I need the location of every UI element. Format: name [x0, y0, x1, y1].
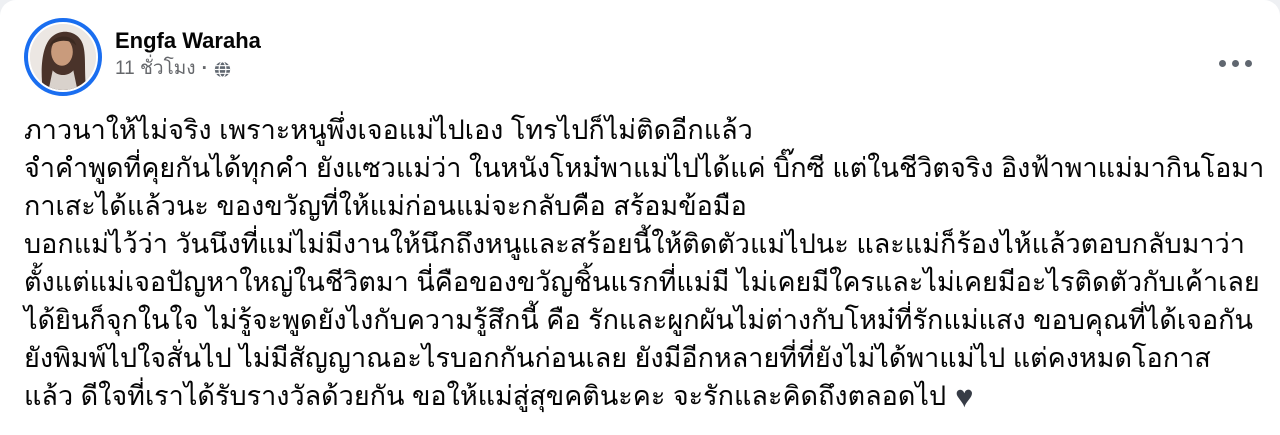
post-text: ภาวนาให้ไม่จริง เพราะหนูพึ่งเจอแม่ไปเอง … — [24, 111, 1256, 416]
author-name[interactable]: Engfa Waraha — [115, 28, 261, 54]
avatar-photo — [30, 24, 96, 90]
ellipsis-dot — [1219, 60, 1226, 67]
post-header: Engfa Waraha 11 ชั่วโมง · — [24, 18, 1256, 100]
post-text-line: จำคำพูดที่คุยกันได้ทุกคำ ยังแซวแม่ว่า ใน… — [24, 149, 1256, 187]
post-text-line: แล้ว ดีใจที่เราได้รับรางวัลด้วยกัน ขอให้… — [24, 377, 1256, 416]
post-text-line: ยังพิมพ์ไปใจสั่นไป ไม่มีสัญญาณอะไรบอกกัน… — [24, 339, 1256, 377]
ellipsis-dot — [1232, 60, 1239, 67]
avatar[interactable] — [24, 18, 102, 96]
post-text-line: บอกแม่ไว้ว่า วันนึงที่แม่ไม่มีงานให้นึกถ… — [24, 225, 1256, 263]
more-options-button[interactable] — [1204, 46, 1256, 80]
post-text-line: ตั้งแต่แม่เจอปัญหาใหญ่ในชีวิตมา นี่คือขอ… — [24, 263, 1256, 301]
screenshot-stage: Engfa Waraha 11 ชั่วโมง · — [0, 0, 1280, 435]
meta-separator: · — [202, 58, 208, 80]
post-timestamp[interactable]: 11 ชั่วโมง — [115, 58, 196, 80]
facebook-post-card: Engfa Waraha 11 ชั่วโมง · — [0, 0, 1280, 435]
post-meta[interactable]: 11 ชั่วโมง · — [115, 58, 261, 80]
post-text-line: ภาวนาให้ไม่จริง เพราะหนูพึ่งเจอแม่ไปเอง … — [24, 111, 1256, 149]
post-text-line: กาเสะได้แล้วนะ ของขวัญที่ให้แม่ก่อนแม่จะ… — [24, 187, 1256, 225]
black-heart-icon: ♥ — [955, 379, 973, 414]
ellipsis-dot — [1245, 60, 1252, 67]
post-text-line-final: แล้ว ดีใจที่เราได้รับรางวัลด้วยกัน ขอให้… — [24, 381, 946, 411]
globe-icon — [214, 61, 231, 78]
post-text-line: ได้ยินก็จุกในใจ ไม่รู้จะพูดยังไงกับความร… — [24, 301, 1256, 339]
post-header-text: Engfa Waraha 11 ชั่วโมง · — [115, 18, 261, 80]
